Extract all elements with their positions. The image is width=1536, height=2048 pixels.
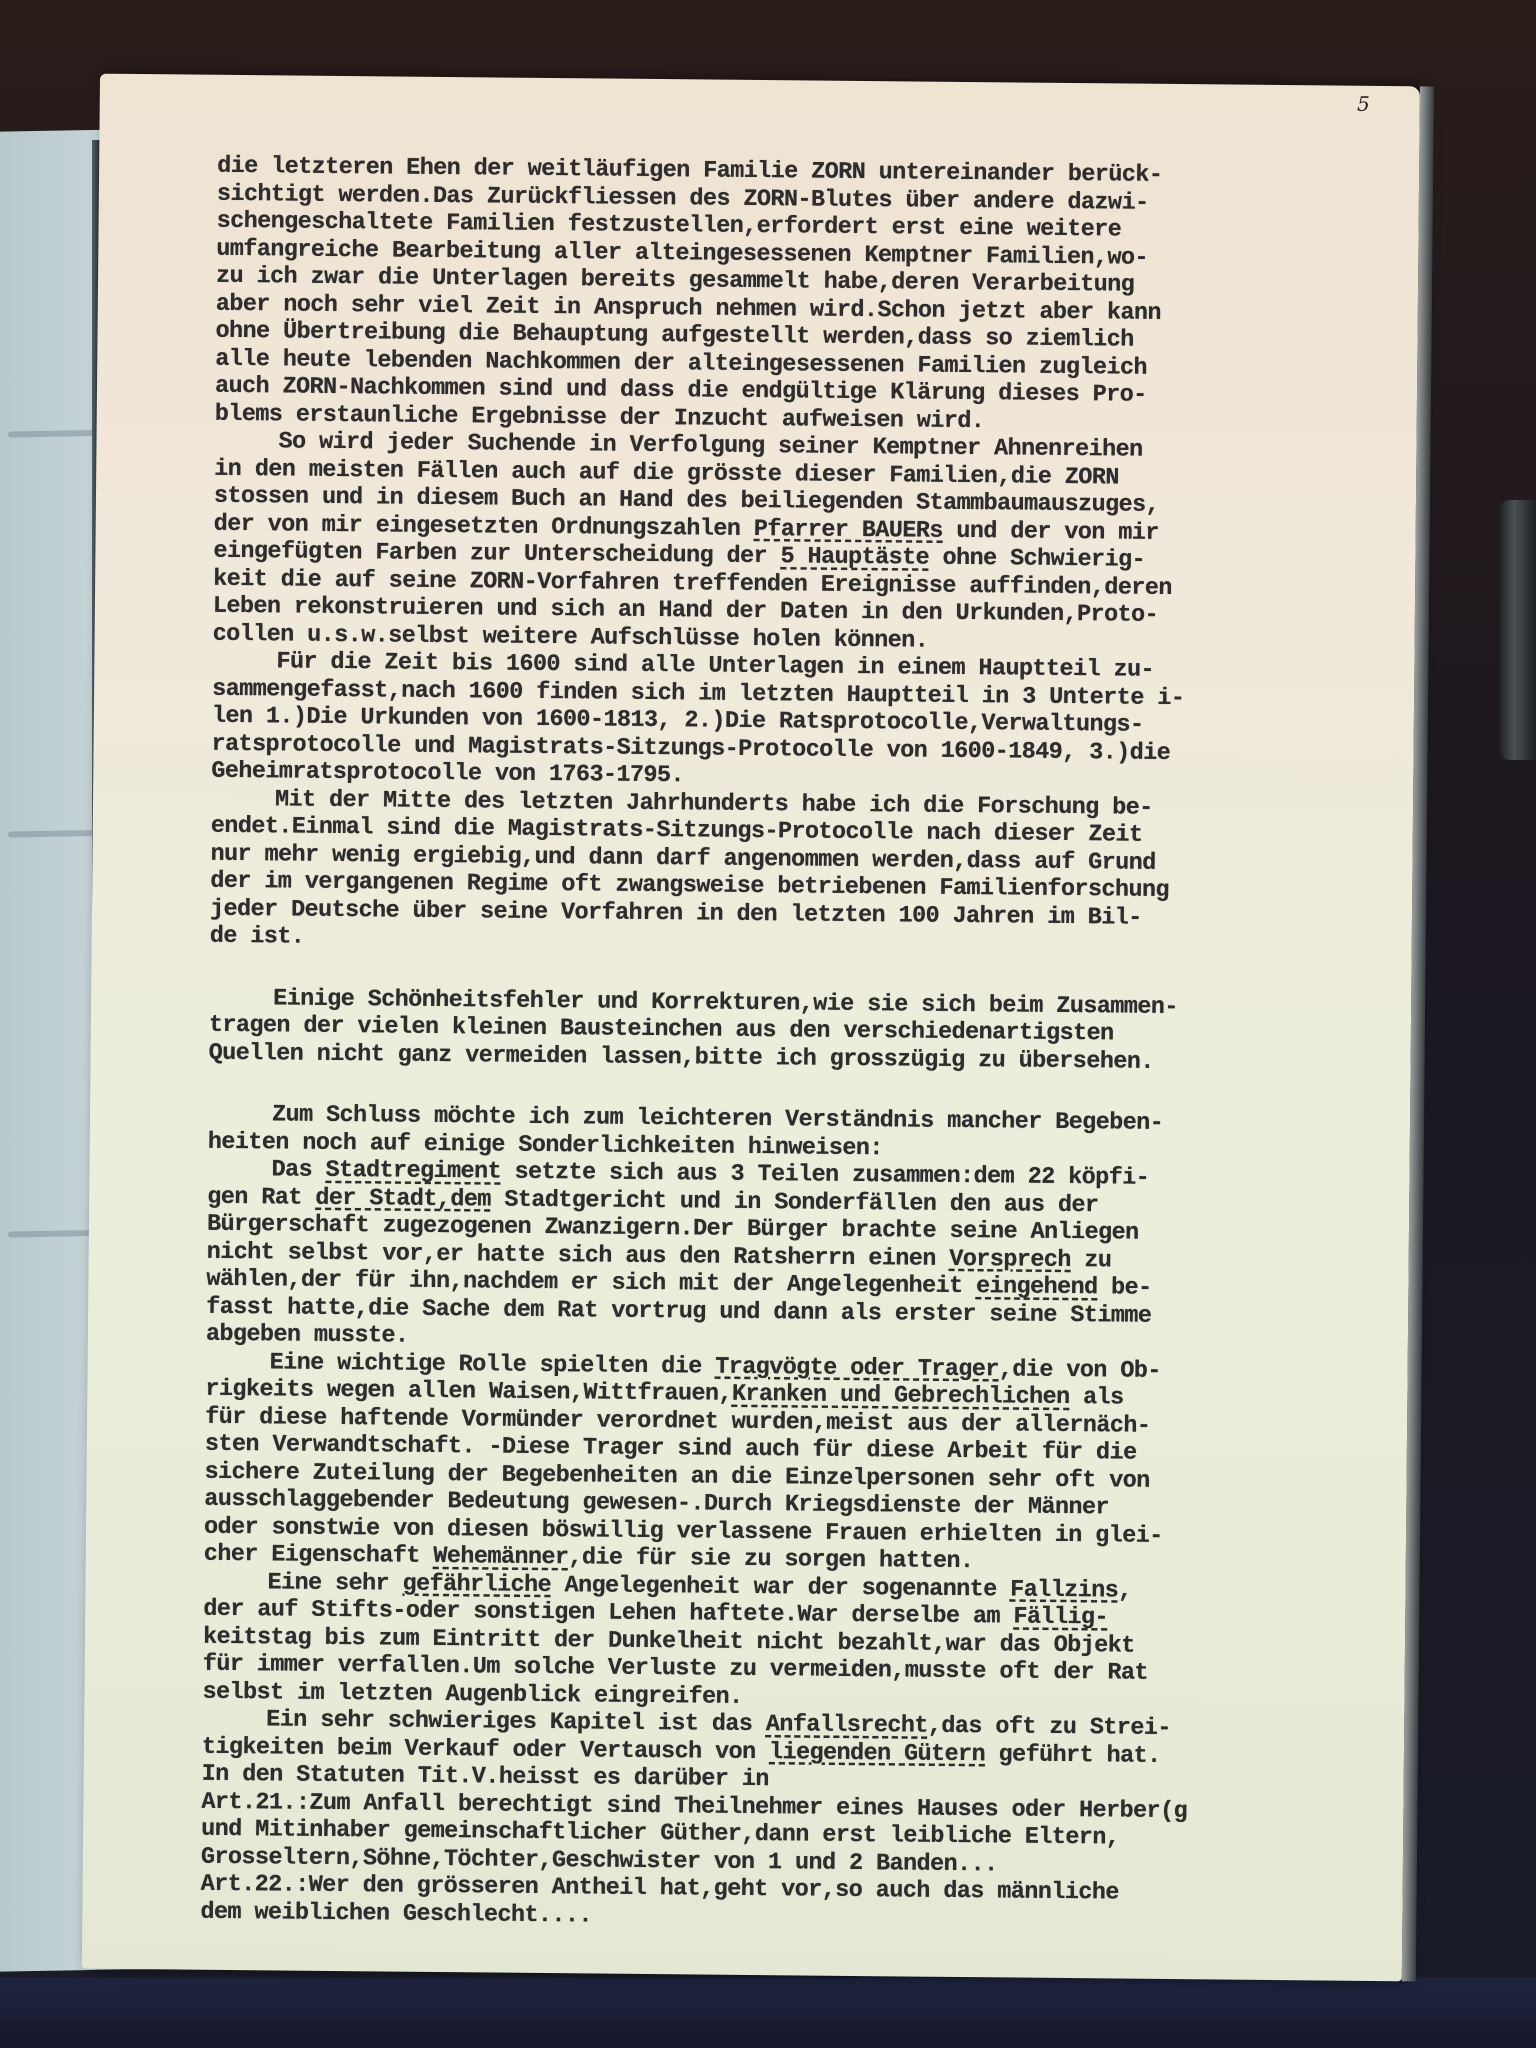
paragraph: Mit der Mitte des letzten Jahrhunderts h… xyxy=(210,785,1392,961)
paragraph: Das Stadtregiment setzte sich aus 3 Teil… xyxy=(206,1156,1388,1360)
ghost-text xyxy=(8,430,98,438)
paragraph: Für die Zeit bis 1600 sind alle Unterlag… xyxy=(211,648,1392,797)
paragraph: So wird jeder Suchende in Verfolgung sei… xyxy=(213,428,1395,659)
document-body: die letzteren Ehen der weitläufigen Fami… xyxy=(200,153,1397,1937)
page-number: 5 xyxy=(1357,92,1370,116)
paragraph: die letzteren Ehen der weitläufigen Fami… xyxy=(215,153,1398,439)
binder-clip xyxy=(1500,500,1536,760)
paragraph: Eine wichtige Rolle spielten die Tragvög… xyxy=(204,1348,1386,1579)
paragraph: Eine sehr gefährliche Angelegenheit war … xyxy=(202,1568,1383,1717)
ghost-text xyxy=(8,830,98,838)
desk-surface xyxy=(0,1978,1536,2048)
paragraph: Einige Schönheitsfehler und Korrekturen,… xyxy=(209,984,1390,1078)
ghost-text xyxy=(8,1230,98,1238)
page-edge xyxy=(1402,86,1434,1981)
document-page: 5 die letzteren Ehen der weitläufigen Fa… xyxy=(82,74,1420,1982)
paragraph: Ein sehr schwieriges Kapitel ist das Anf… xyxy=(200,1706,1382,1937)
